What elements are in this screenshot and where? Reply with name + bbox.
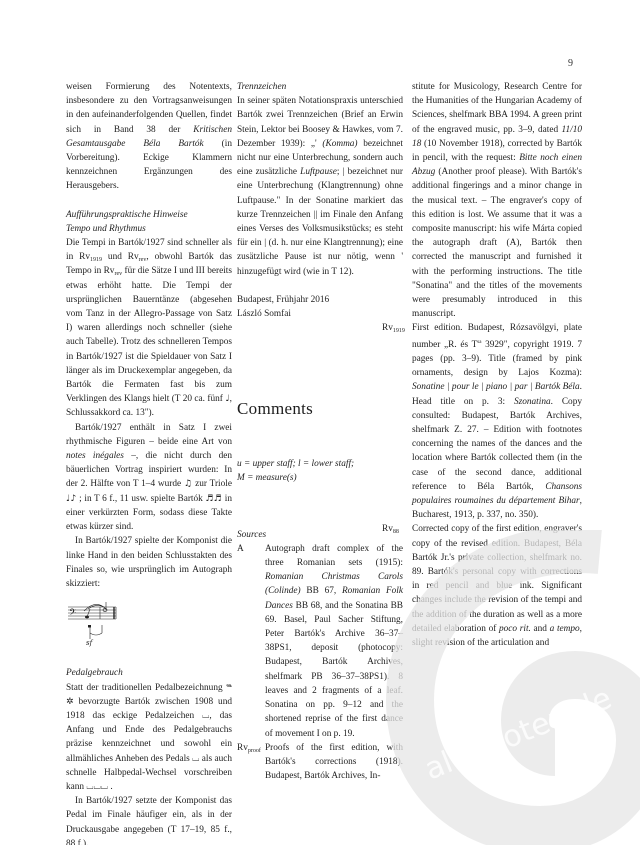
page-number: 9 <box>568 58 573 69</box>
sixteenth-group-icon: ♬♬ <box>205 494 222 504</box>
source-siglum: Rv1919 <box>382 321 412 522</box>
text: für die Sätze I und III bereits etwas er… <box>66 266 232 404</box>
text: Rv <box>382 524 393 534</box>
italic-title: Sonatine | pour le | piano | par | Bartó… <box>412 382 580 392</box>
section-heading-performance: Aufführungspraktische Hinweise <box>66 208 232 222</box>
source-siglum: A <box>237 542 265 741</box>
text: (Another proof please). With Bartók's ad… <box>412 167 582 319</box>
text: Rv <box>237 743 248 753</box>
text: stitute for Musicology, Research Centre … <box>412 82 582 135</box>
italic-term: (Komma) <box>322 139 357 149</box>
source-description: Proofs of the first edition, with Bartók… <box>265 741 403 784</box>
subscript: 1919 <box>90 257 102 263</box>
subheading-tempo: Tempo und Rhythmus <box>66 222 232 236</box>
text: Corrected copy of the first edition, eng… <box>412 524 582 633</box>
watermark-text: alle-noten.de <box>420 681 617 788</box>
italic-term: poco rit. <box>499 624 531 634</box>
source-siglum: Rvproof <box>237 741 265 784</box>
pedal-paragraph-2: In Bartók/1927 setzte der Komponist das … <box>66 794 232 845</box>
italic-term: a tempo <box>550 624 580 634</box>
subheading-pedal: Pedalgebrauch <box>66 666 232 680</box>
music-example-icon: 𝄢 sf <box>66 597 126 647</box>
tempo-paragraph: Die Tempi in Bartók/1927 sind schneller … <box>66 236 232 421</box>
italic-term: Luftpause <box>300 167 337 177</box>
sources-heading: Sources <box>237 528 403 542</box>
half-pedal-icon: ⌴⌴⌴ <box>86 782 108 792</box>
text: Statt der traditionellen Pedalbezeichnun… <box>66 683 226 693</box>
column-3: stitute for Musicology, Research Centre … <box>412 80 582 650</box>
triplet-figure-icon: ♩♪ <box>66 494 77 504</box>
text: ; | bezeichnet nur eine Unterbrechung (K… <box>237 167 403 276</box>
signature-place-date: Budapest, Frühjahr 2016 <box>237 293 403 307</box>
source-entry-rv-proof: Rvproof Proofs of the first edition, wit… <box>237 741 403 784</box>
subheading-separators: Trennzeichen <box>237 80 403 94</box>
pedal-paragraph: Statt der traditionellen Pedalbezeichnun… <box>66 681 232 795</box>
source-description: Corrected copy of the first edition, eng… <box>412 522 582 650</box>
subscript: 88 <box>393 529 399 535</box>
italic-term: notes inégales <box>66 451 124 461</box>
left-hand-paragraph: In Bartók/1927 spielte der Komponist die… <box>66 534 232 591</box>
text: BB 67, <box>301 586 342 596</box>
abbreviations-line-1: u = upper staff; l = lower staff; <box>237 459 354 469</box>
text: . Copy consulted: Budapest, Bartók Archi… <box>412 397 582 492</box>
separators-paragraph: In seiner späten Notationspraxis untersc… <box>237 94 403 279</box>
text: Rv <box>382 323 393 333</box>
abbreviations-line-2: M = measure(s) <box>237 473 297 483</box>
comments-title: Comments <box>237 399 403 419</box>
text: . <box>108 782 113 792</box>
text: und Rv <box>102 252 139 262</box>
column-2: Trennzeichen In seiner späten Notationsp… <box>237 80 403 783</box>
subscript: proof <box>248 748 261 754</box>
text: zur Triole <box>192 479 232 489</box>
intro-paragraph: weisen Formierung des Notentexts, insbes… <box>66 80 232 194</box>
source-siglum: Rv88 <box>382 522 412 650</box>
proof-continuation: stitute for Musicology, Research Centre … <box>412 80 582 321</box>
source-entry-A: A Autograph draft complex of the three R… <box>237 542 403 741</box>
subscript: rev <box>114 271 122 277</box>
text: ; in T 6 f., 11 usw. spielte Bartók <box>77 494 206 504</box>
column-1: weisen Formierung des Notentexts, insbes… <box>66 80 232 845</box>
svg-text:sf: sf <box>86 639 94 647</box>
text: and <box>531 624 550 634</box>
text: Bartók/1927 enthält in Satz I zwei rhyth… <box>66 423 232 447</box>
signature-author: László Somfai <box>237 307 403 321</box>
italic-title: Szonatina <box>514 397 551 407</box>
source-entry-rv-1919: Rv1919 First edition. Budapest, Rózsavöl… <box>412 321 582 522</box>
source-description: First edition. Budapest, Rózsavölgyi, pl… <box>412 321 582 522</box>
source-entry-rv-88: Rv88 Corrected copy of the first edition… <box>412 522 582 650</box>
rhythm-paragraph: Bartók/1927 enthält in Satz I zwei rhyth… <box>66 421 232 535</box>
subscript: 1919 <box>393 328 405 334</box>
svg-text:𝄢: 𝄢 <box>69 607 76 620</box>
